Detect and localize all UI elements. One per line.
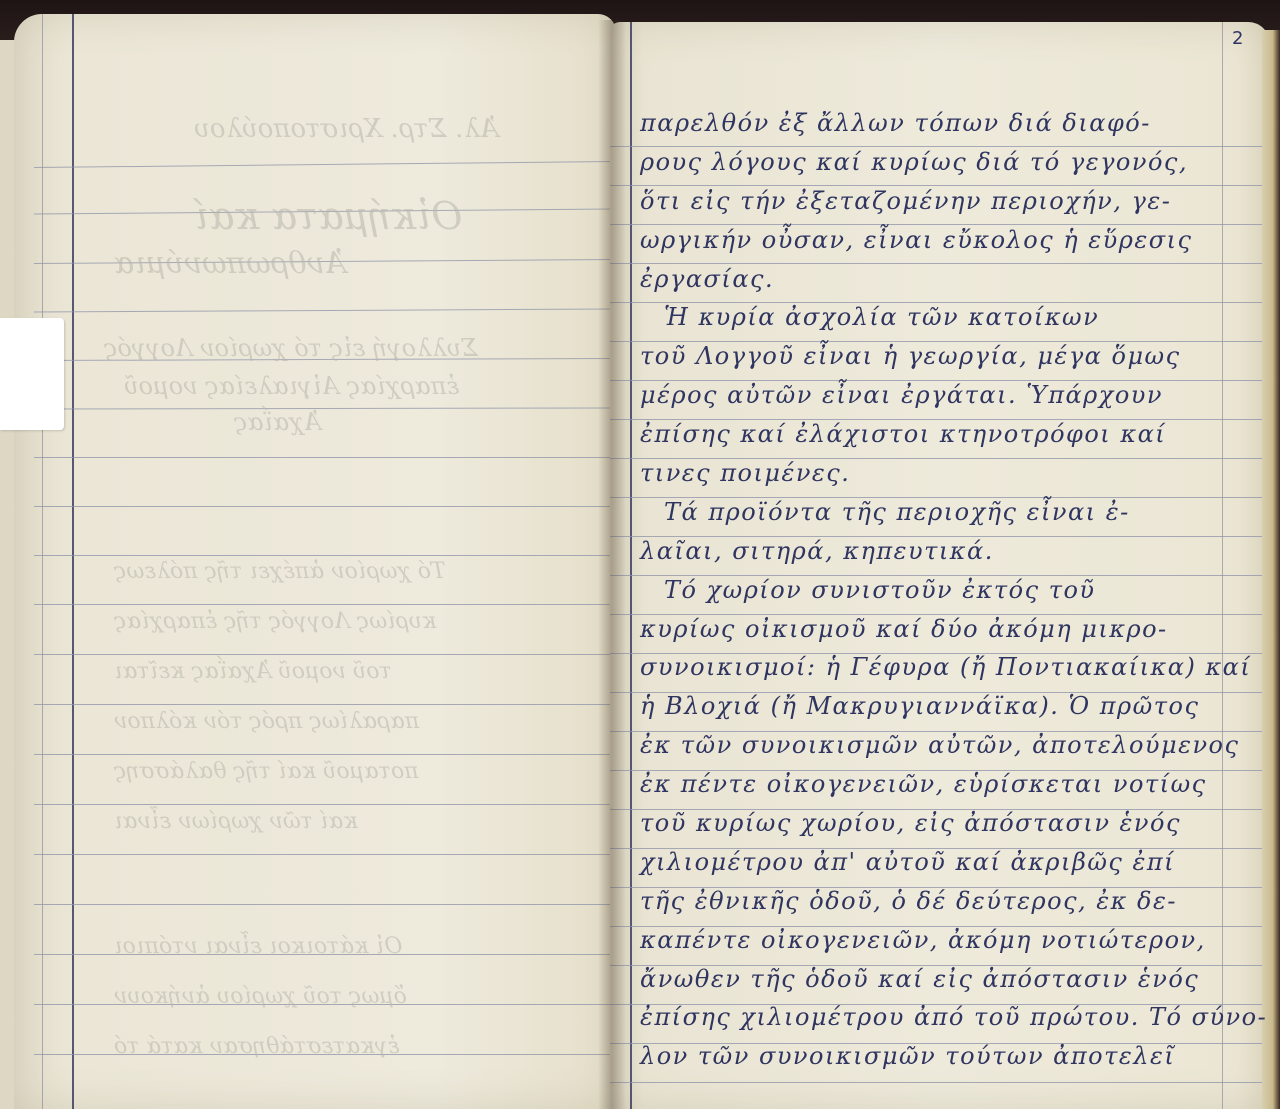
text-line: ὅτι εἰς τήν ἐξεταζομένην περιοχήν, γε-: [640, 182, 1200, 221]
page-stack-edge: [1262, 30, 1280, 1109]
bleed-through-text: καί τῶν χωρίων εἶναι: [114, 809, 358, 834]
bleed-through-text: ἐπαρχίας Αἰγιαλείας νομοῦ: [124, 372, 459, 400]
bleed-through-text: Ἀλ. Στρ. Χριστοπούλου: [194, 114, 499, 144]
text-line: ωργικήν οὖσαν, εἶναι εὔκολος ἡ εὕρεσις: [640, 221, 1200, 260]
handwritten-text-block: παρελθόν ἐξ ἄλλων τόπων διά διαφό- ρους …: [640, 104, 1200, 1076]
text-line: ἐκ πέντε οἰκογενειῶν, εὑρίσκεται νοτίως: [640, 765, 1200, 804]
text-line: ἐπίσης χιλιομέτρου ἀπό τοῦ πρώτου. Τό σύ…: [640, 998, 1200, 1037]
left-page: Ἀλ. Στρ. Χριστοπούλου Οἰκήματα καί Ἀνθρω…: [14, 14, 616, 1109]
bleed-through-text: τοῦ νομοῦ Ἀχαΐας κεῖται: [114, 659, 392, 684]
text-line: ἐκ τῶν συνοικισμῶν αὐτῶν, ἀποτελούμενος: [640, 726, 1200, 765]
bleed-through-text: Ἀνθρωπωνύμια: [114, 246, 346, 281]
bleed-through-text: ὅμως τοῦ χωρίου ἀνήκουν: [114, 984, 407, 1009]
spine-shadow: [598, 20, 626, 1109]
text-line: καπέντε οἰκογενειῶν, ἀκόμη νοτιώτερον,: [640, 921, 1200, 960]
text-line: ρους λόγους καί κυρίως διά τό γεγονός,: [640, 143, 1200, 182]
paragraph-start-line: Ἡ κυρία ἀσχολία τῶν κατοίκων: [640, 298, 1200, 337]
text-line: μέρος αὐτῶν εἶναι ἐργάται. Ὑπάρχουν: [640, 376, 1200, 415]
text-line: χιλιομέτρου ἀπ' αὐτοῦ καί ἀκριβῶς ἐπί: [640, 843, 1200, 882]
white-label-sticker: [0, 318, 64, 430]
bleed-through-text: παραλίως πρός τόν κόλπον: [114, 709, 419, 734]
bleed-through-text: Τό χωρίον ἀπέχει τῆς πόλεως: [114, 559, 446, 584]
text-line: ἡ Βλοχιά (ἤ Μακρυγιαννάϊκα). Ὁ πρῶτος: [640, 687, 1200, 726]
text-line: παρελθόν ἐξ ἄλλων τόπων διά διαφό-: [640, 104, 1200, 143]
bleed-through-text: ποταμοῦ καί τῆς θαλάσσης: [114, 759, 419, 784]
text-line: τῆς ἐθνικῆς ὁδοῦ, ὁ δέ δεύτερος, ἐκ δε-: [640, 882, 1200, 921]
text-line: τινες ποιμένες.: [640, 454, 1200, 493]
text-line: τοῦ κυρίως χωρίου, εἰς ἀπόστασιν ἑνός: [640, 804, 1200, 843]
bleed-through-text: Συλλογή εἰς τό χωρίον Λογγός: [104, 334, 478, 362]
text-line: τοῦ Λογγοῦ εἶναι ἡ γεωργία, μέγα ὅμως: [640, 337, 1200, 376]
text-line: ἐπίσης καί ἐλάχιστοι κτηνοτρόφοι καί: [640, 415, 1200, 454]
text-line: κυρίως οἰκισμοῦ καί δύο ἀκόμη μικρο-: [640, 610, 1200, 649]
text-line: ἐργασίας.: [640, 260, 1200, 299]
bleed-through-text: Οἱ κάτοικοι εἶναι ντόπιοι: [114, 934, 402, 959]
bleed-through-text: Οἰκήματα καί: [194, 194, 462, 238]
bleed-through-text: κυρίως Λογγός τῆς ἐπαρχίας: [114, 609, 436, 634]
text-line: συνοικισμοί: ἡ Γέφυρα (ἤ Ποντιακαίικα) κ…: [640, 648, 1200, 687]
paragraph-start-line: Τά προϊόντα τῆς περιοχῆς εἶναι ἐ-: [640, 493, 1200, 532]
bleed-through-text: Ἀχαΐας: [234, 408, 321, 436]
text-line: ἄνωθεν τῆς ὁδοῦ καί εἰς ἀπόστασιν ἑνός: [640, 960, 1200, 999]
text-line: λαῖαι, σιτηρά, κηπευτικά.: [640, 532, 1200, 571]
text-line: λον τῶν συνοικισμῶν τούτων ἀποτελεῖ: [640, 1037, 1200, 1076]
paragraph-start-line: Τό χωρίον συνιστοῦν ἐκτός τοῦ: [640, 571, 1200, 610]
bleed-through-text: ἐγκατεστάθησαν κατά τό: [114, 1034, 400, 1059]
page-number: 2: [1232, 28, 1243, 49]
